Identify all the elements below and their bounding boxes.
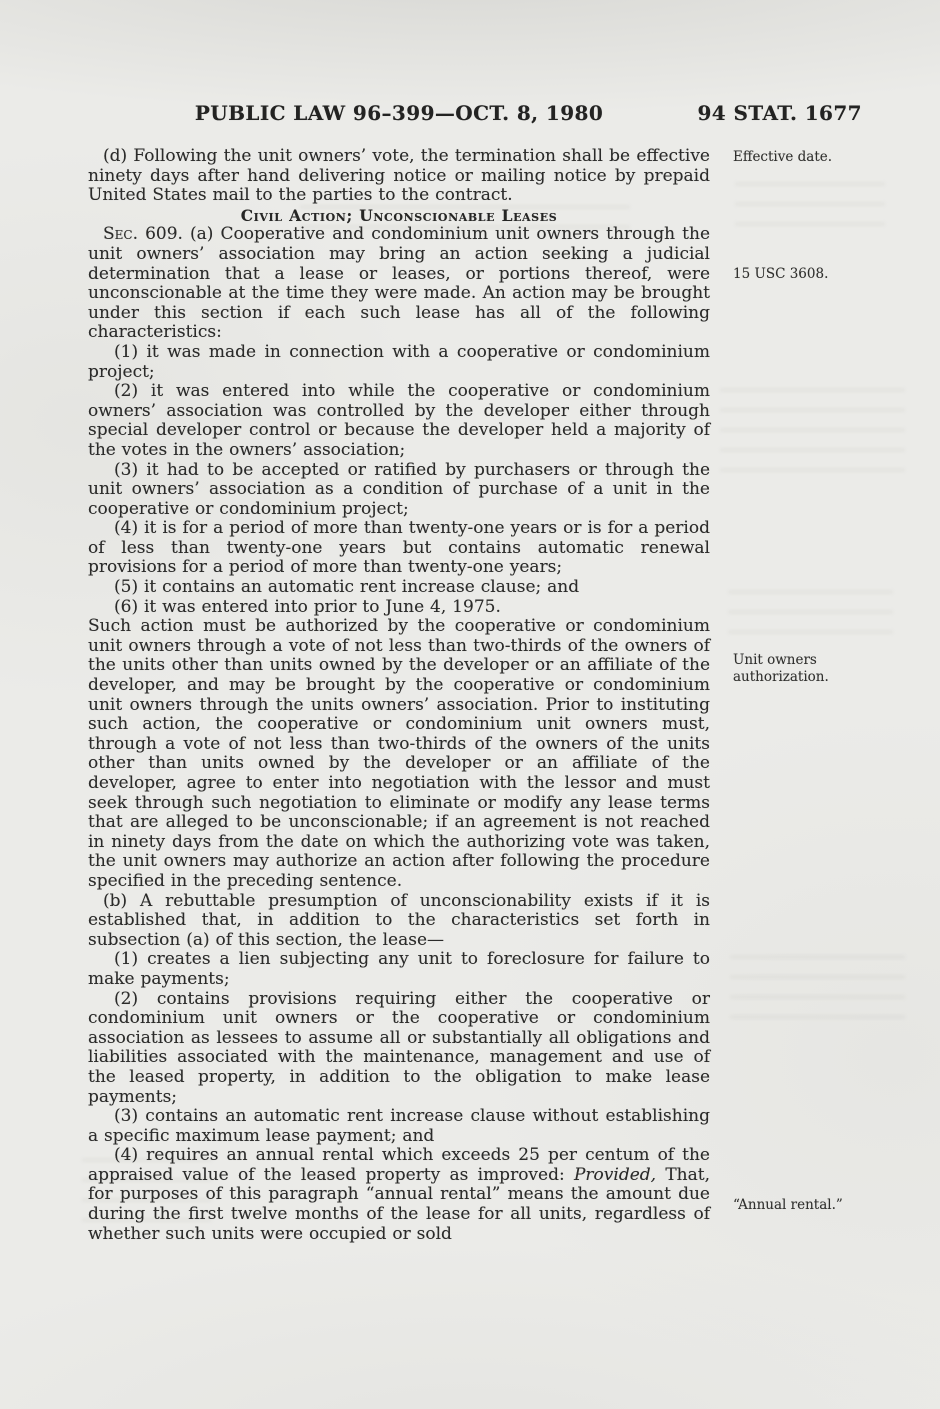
item-b4-provided-italic: Provided, [574,1165,656,1185]
paragraph-b-presumption: (b) A rebuttable presumption of unconsci… [88,892,710,951]
list-b-item-1: (1) creates a lien subjecting any unit t… [88,950,710,989]
list-a-item-1: (1) it was made in connection with a coo… [88,343,710,382]
list-a-item-2: (2) it was entered into while the cooper… [88,382,710,460]
margin-note-usc-cite: 15 USC 3608. [733,266,883,283]
bleedthrough-artifact [720,388,905,478]
paragraph-d-termination: (d) Following the unit owners’ vote, the… [88,147,710,206]
sec-609a-text: 609. (a) Cooperative and condominium uni… [88,224,710,342]
scanned-statute-page: PUBLIC LAW 96–399—OCT. 8, 1980 94 STAT. … [0,0,940,1409]
list-a-item-5: (5) it contains an automatic rent increa… [88,578,710,598]
list-a-item-4: (4) it is for a period of more than twen… [88,519,710,578]
body-text-column: (d) Following the unit owners’ vote, the… [88,147,710,1244]
margin-note-annual-rental: “Annual rental.” [733,1197,883,1214]
list-b-item-4: (4) requires an annual rental which exce… [88,1146,710,1244]
page-header-law-title: PUBLIC LAW 96–399—OCT. 8, 1980 [88,101,710,125]
sec-label: Sec. [103,224,138,244]
list-a-item-3: (3) it had to be accepted or ratified by… [88,461,710,520]
margin-note-unit-owners-authorization: Unit owners authorization. [733,652,845,686]
bleedthrough-artifact [730,955,905,1021]
page-header-stat-number: 94 STAT. 1677 [697,101,862,125]
list-a-item-6: (6) it was entered into prior to June 4,… [88,598,710,618]
list-b-item-3: (3) contains an automatic rent increase … [88,1107,710,1146]
bleedthrough-artifact [735,182,885,228]
margin-note-effective-date: Effective date. [733,149,883,166]
paragraph-authorization: Such action must be authorized by the co… [88,617,710,891]
section-heading-civil-action: Civil Action; Unconscionable Leases [88,206,710,226]
list-b-item-2: (2) contains provisions requiring either… [88,990,710,1108]
paragraph-sec-609a: Sec. 609. (a) Cooperative and condominiu… [88,225,710,343]
bleedthrough-artifact [728,590,893,634]
